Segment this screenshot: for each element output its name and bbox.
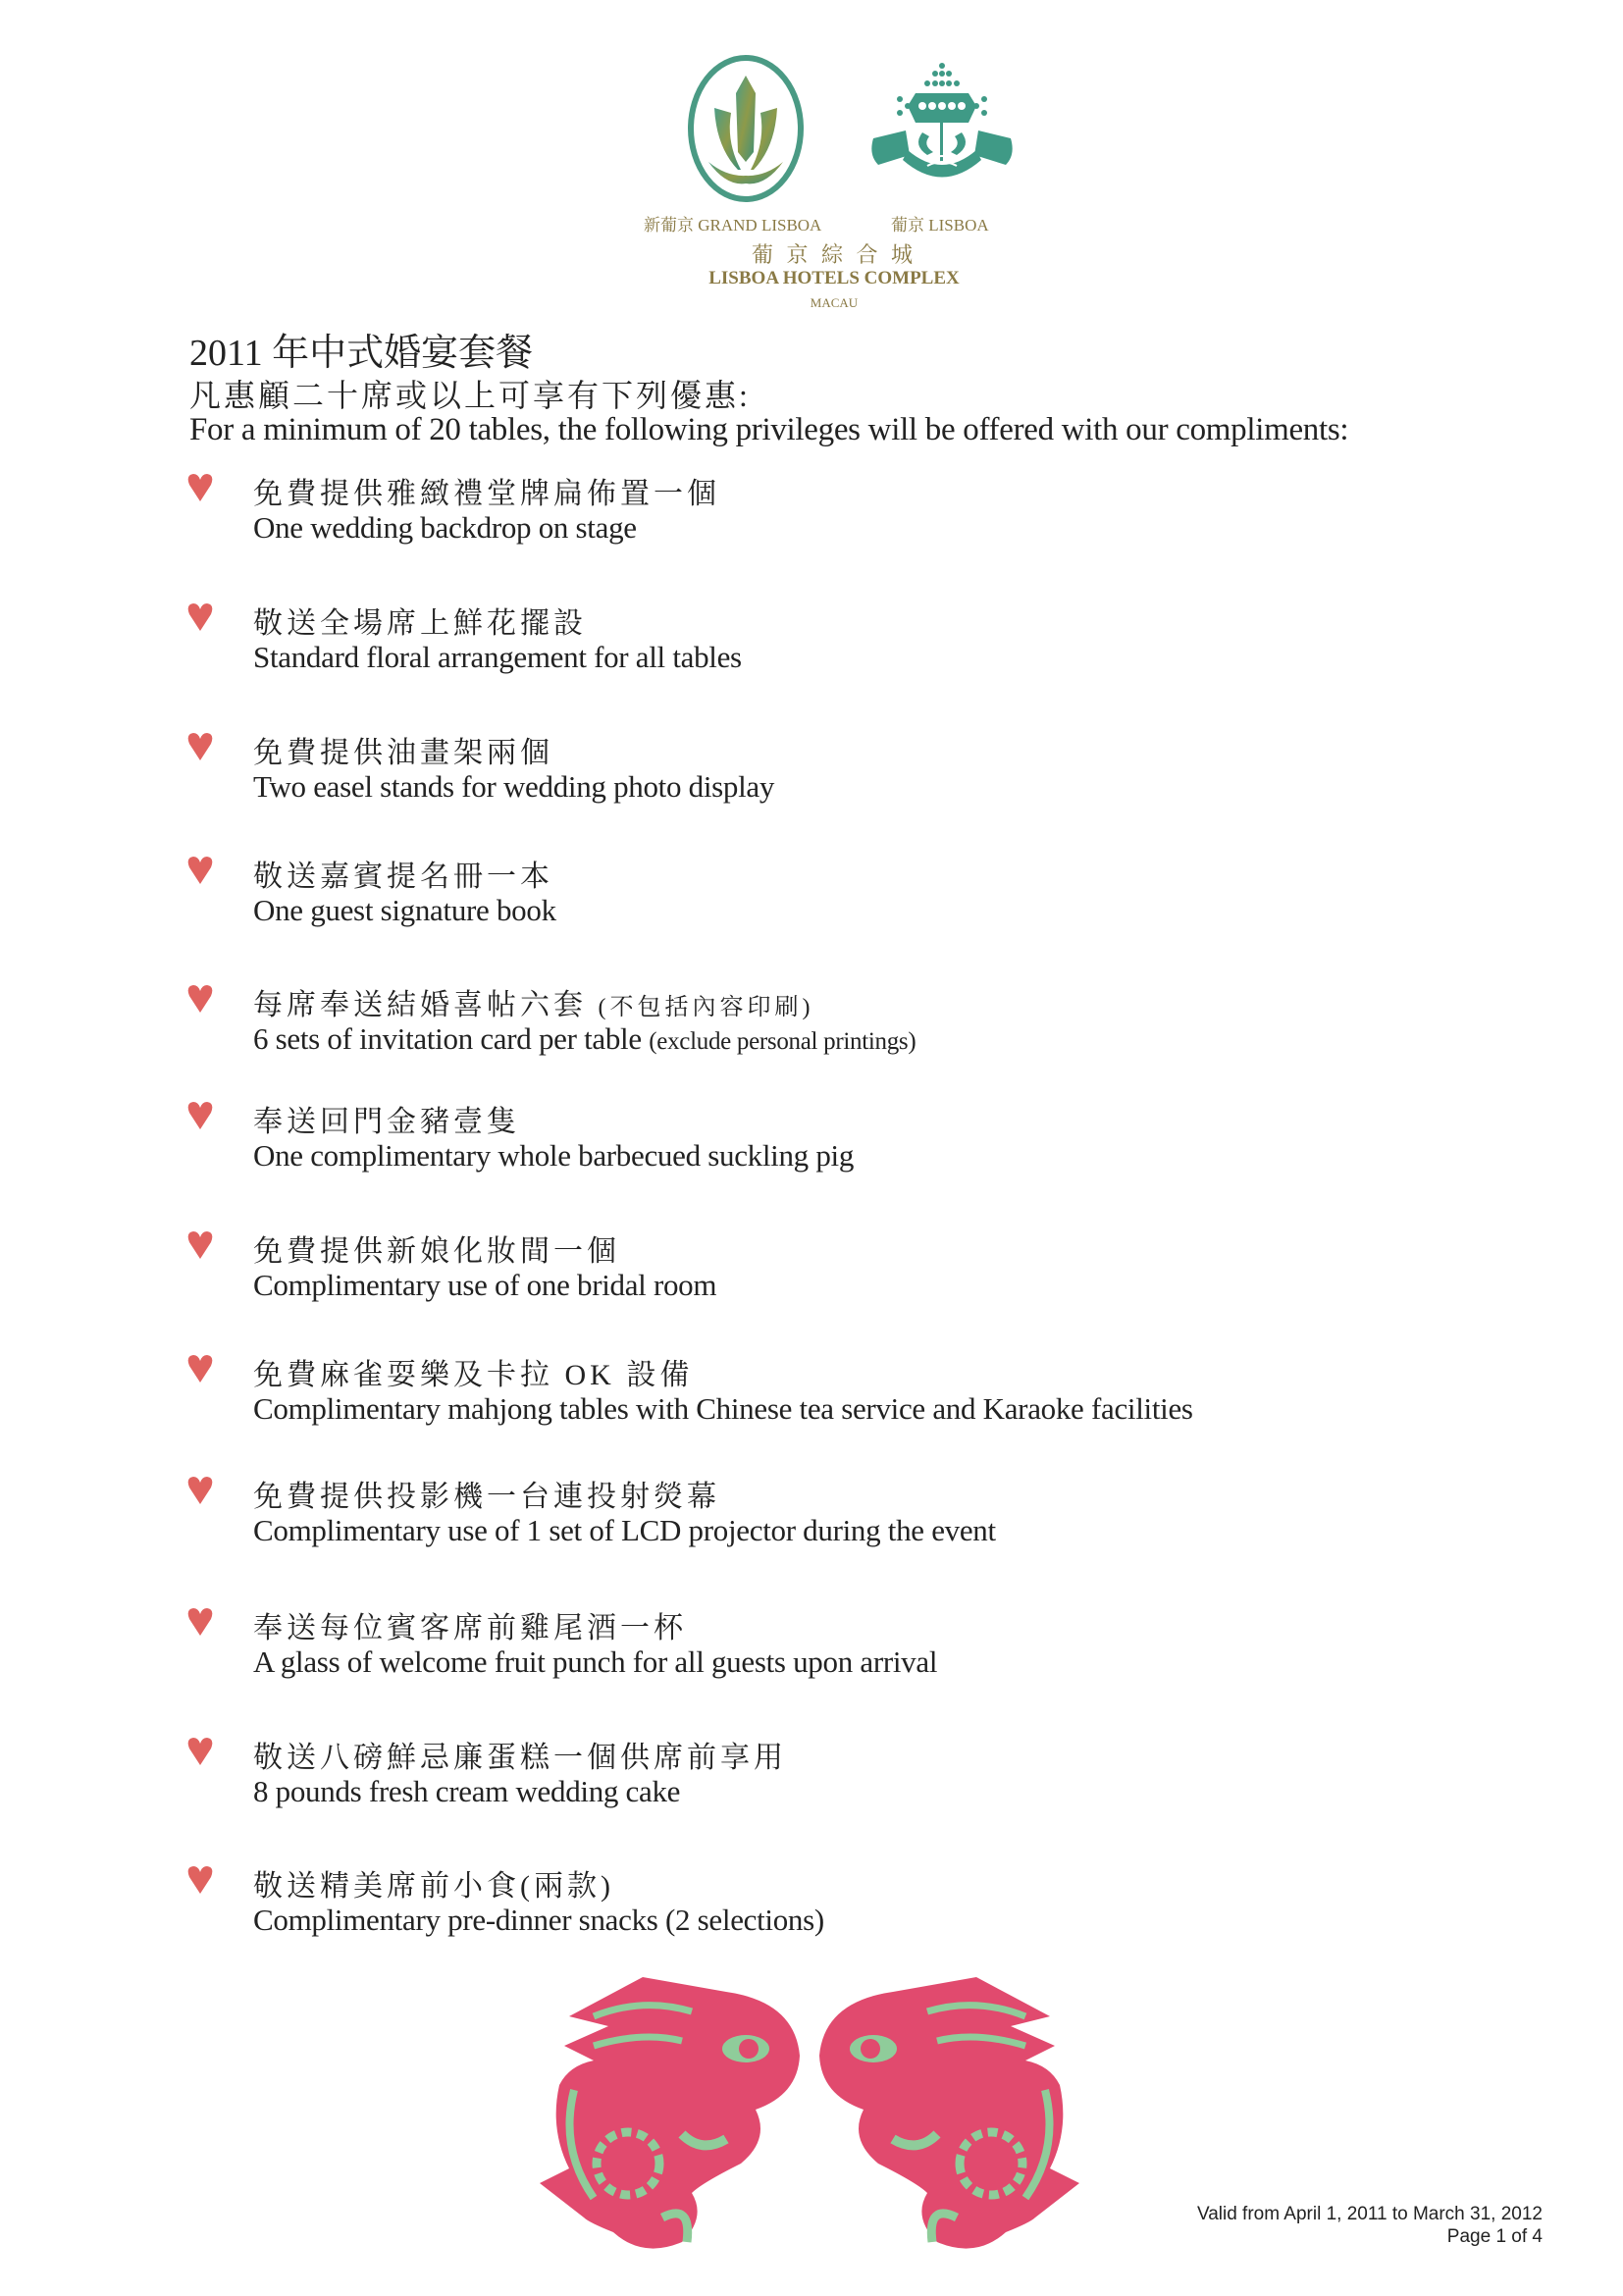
city-label: MACAU <box>628 295 1040 311</box>
grand-lisboa-label: 新葡京 GRAND LISBOA <box>644 211 821 235</box>
heart-icon <box>186 732 214 761</box>
hotel-lisboa-logo-icon <box>868 62 1016 199</box>
complex-name-zh: 葡 京 綜 合 城 <box>628 238 1040 269</box>
heart-icon <box>186 1230 214 1260</box>
complex-name-en: LISBOA HOTELS COMPLEX <box>628 268 1040 289</box>
lisboa-label: 葡京 LISBOA <box>891 211 989 235</box>
heart-icon <box>186 473 214 502</box>
heart-icon <box>186 1865 214 1895</box>
rabbit-left-icon <box>540 1977 800 2249</box>
rabbit-right-icon <box>819 1977 1079 2249</box>
heart-icon <box>186 1101 214 1130</box>
papercut-rabbits-illustration <box>535 1972 1084 2267</box>
page-subtitle: 凡惠顧二十席或以上可享有下列優惠: <box>189 371 751 416</box>
grand-lisboa-logo-icon <box>687 54 805 203</box>
validity-text: Valid from April 1, 2011 to March 31, 20… <box>1197 2203 1543 2225</box>
page-number: Page 1 of 4 <box>1197 2225 1543 2248</box>
heart-icon <box>186 1354 214 1383</box>
heart-icon <box>186 984 214 1014</box>
hotel-logos: 新葡京 GRAND LISBOA 葡京 LISBOA 葡 京 綜 合 城 LIS… <box>628 54 1040 319</box>
heart-icon <box>186 602 214 632</box>
heart-icon <box>186 1607 214 1637</box>
page-footer: Valid from April 1, 2011 to March 31, 20… <box>1197 2203 1543 2248</box>
page-title: 2011 年中式婚宴套餐 <box>189 322 533 376</box>
heart-icon <box>186 1476 214 1505</box>
heart-icon <box>186 856 214 885</box>
intro-text: For a minimum of 20 tables, the followin… <box>189 412 1348 448</box>
heart-icon <box>186 1737 214 1766</box>
